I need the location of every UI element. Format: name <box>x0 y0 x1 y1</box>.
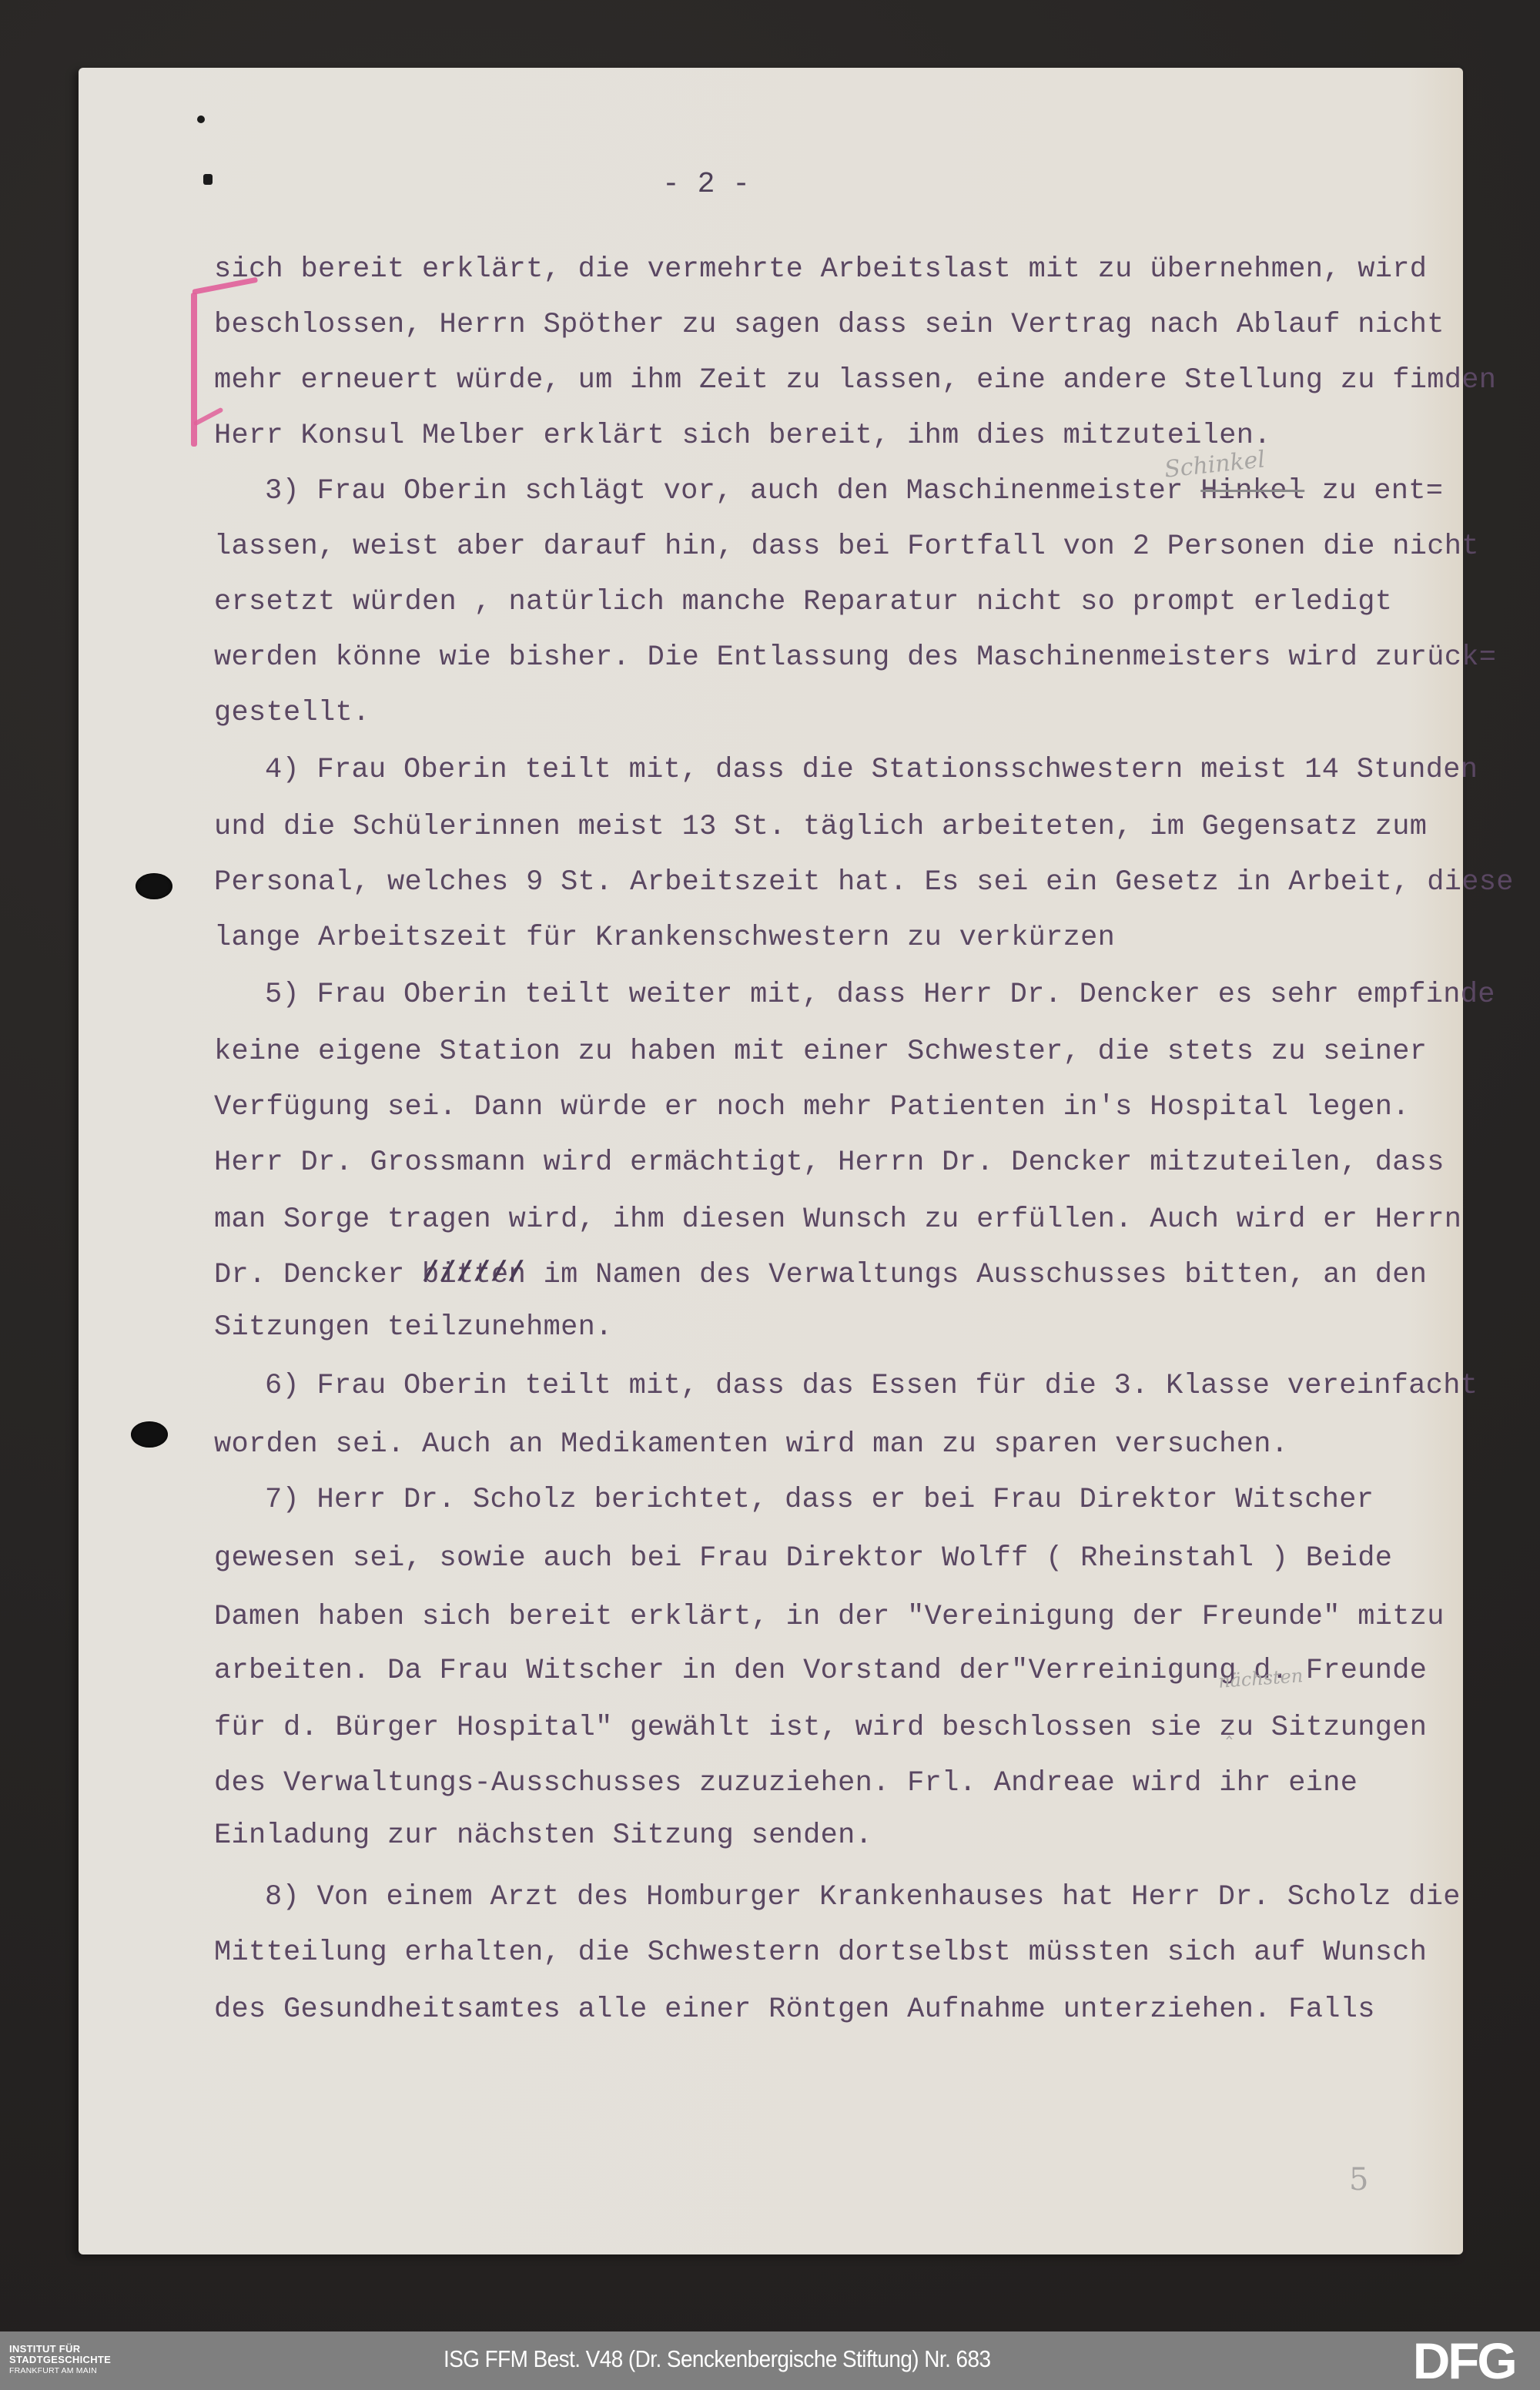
text-line: des Gesundheitsamtes alle einer Röntgen … <box>214 1993 1375 2027</box>
institution-line-1: INSTITUT FÜR <box>9 2344 111 2355</box>
text-line: Mitteilung erhalten, die Schwestern dort… <box>214 1936 1427 1970</box>
text-line: gestellt. <box>214 696 370 730</box>
staple-hole-top <box>197 115 205 123</box>
institution-line-2: STADTGESCHICHTE <box>9 2355 111 2365</box>
text-line: mehr erneuert würde, um ihm Zeit zu lass… <box>214 363 1496 397</box>
text-line: ersetzt würden , natürlich manche Repara… <box>214 585 1392 619</box>
text-line: Sitzungen teilzunehmen. <box>214 1310 613 1344</box>
text-line: werden könne wie bisher. Die Entlassung … <box>214 641 1496 674</box>
text-line: für d. Bürger Hospital" gewählt ist, wir… <box>214 1711 1427 1745</box>
text-line: sich bereit erklärt, die vermehrte Arbei… <box>214 253 1427 286</box>
text-line: Herr Konsul Melber erklärt sich bereit, … <box>214 419 1271 453</box>
text-line: Dr. Dencker bitten im Namen des Verwaltu… <box>214 1258 1427 1292</box>
text-line: Damen haben sich bereit erklärt, in der … <box>214 1600 1445 1634</box>
staple-hole-bottom <box>203 174 213 185</box>
text-line: man Sorge tragen wird, ihm diesen Wunsch… <box>214 1203 1461 1237</box>
archive-footer: INSTITUT FÜR STADTGESCHICHTE FRANKFURT A… <box>0 2331 1540 2390</box>
text-line: Einladung zur nächsten Sitzung senden. <box>214 1819 872 1853</box>
page-number: - 2 - <box>662 168 750 201</box>
text-line: beschlossen, Herrn Spöther zu sagen dass… <box>214 308 1445 342</box>
typed-over-word: bitten <box>422 1258 526 1292</box>
text-line: keine eigene Station zu haben mit einer … <box>214 1035 1427 1069</box>
archive-signature-caption: ISG FFM Best. V48 (Dr. Senckenbergische … <box>444 2345 990 2373</box>
text-line: und die Schülerinnen meist 13 St. täglic… <box>214 810 1427 844</box>
text-line: Verfügung sei. Dann würde er noch mehr P… <box>214 1090 1410 1124</box>
struck-word: Hinkel <box>1200 475 1304 507</box>
punch-hole-top <box>136 873 172 899</box>
text-line: 5) Frau Oberin teilt weiter mit, dass He… <box>265 978 1495 1012</box>
text-line: 6) Frau Oberin teilt mit, dass das Essen… <box>265 1369 1478 1403</box>
institution-line-3: FRANKFURT AM MAIN <box>9 2365 111 2376</box>
text-line: 3) Frau Oberin schlägt vor, auch den Mas… <box>265 474 1443 508</box>
text-line: Herr Dr. Grossmann wird ermächtigt, Herr… <box>214 1146 1445 1180</box>
dfg-logo: DFG <box>1413 2339 1515 2382</box>
text-line: 4) Frau Oberin teilt mit, dass die Stati… <box>265 753 1478 787</box>
text-line: lassen, weist aber darauf hin, dass bei … <box>214 530 1479 564</box>
text-line: worden sei. Auch an Medikamenten wird ma… <box>214 1428 1288 1461</box>
pencil-insertion-caret: ‸ <box>1226 1717 1233 1740</box>
text-line: 8) Von einem Arzt des Homburger Krankenh… <box>265 1880 1461 1914</box>
text-line: Personal, welches 9 St. Arbeitszeit hat.… <box>214 865 1514 899</box>
text-line: lange Arbeitszeit für Krankenschwestern … <box>214 921 1115 955</box>
punch-hole-bottom <box>131 1421 168 1448</box>
text-line: gewesen sei, sowie auch bei Frau Direkto… <box>214 1541 1392 1575</box>
pencil-folio-number: 5 <box>1349 2162 1368 2198</box>
text-line: des Verwaltungs-Ausschusses zuzuziehen. … <box>214 1766 1358 1800</box>
institution-logo: INSTITUT FÜR STADTGESCHICHTE FRANKFURT A… <box>9 2344 111 2376</box>
text-line: 7) Herr Dr. Scholz berichtet, dass er be… <box>265 1483 1374 1517</box>
